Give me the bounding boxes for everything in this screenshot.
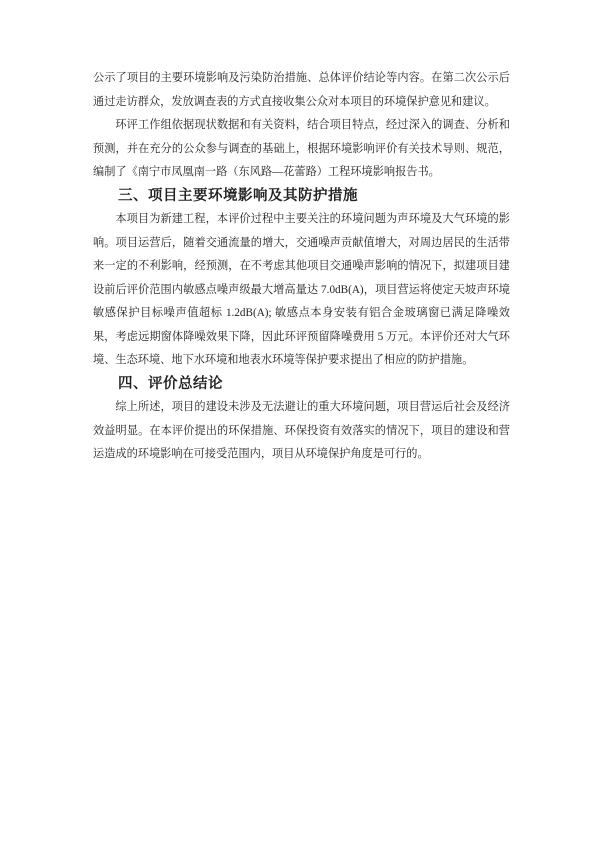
paragraph-eia-workgroup: 环评工作组依据现状数据和有关资料，结合项目特点，经过深入的调查、分析和预测，并在…	[93, 114, 510, 185]
paragraph-public-notice-continuation: 公示了项目的主要环境影响及污染防治措施、总体评价结论等内容。在第二次公示后通过走…	[93, 67, 510, 114]
document-body: 公示了项目的主要环境影响及污染防治措施、总体评价结论等内容。在第二次公示后通过走…	[93, 67, 510, 467]
paragraph-overall-conclusion: 综上所述，项目的建设未涉及无法避让的重大环境问题，项目营运后社会及经济效益明显。…	[93, 396, 510, 467]
paragraph-main-impacts-and-measures: 本项目为新建工程，本评价过程中主要关注的环境问题为声环境及大气环境的影响。项目运…	[93, 208, 510, 373]
section-heading-3-main-impacts: 三、项目主要环境影响及其防护措施	[93, 185, 510, 209]
document-page: 公示了项目的主要环境影响及污染防治措施、总体评价结论等内容。在第二次公示后通过走…	[0, 0, 595, 842]
section-heading-4-overall-conclusion: 四、评价总结论	[93, 373, 510, 397]
